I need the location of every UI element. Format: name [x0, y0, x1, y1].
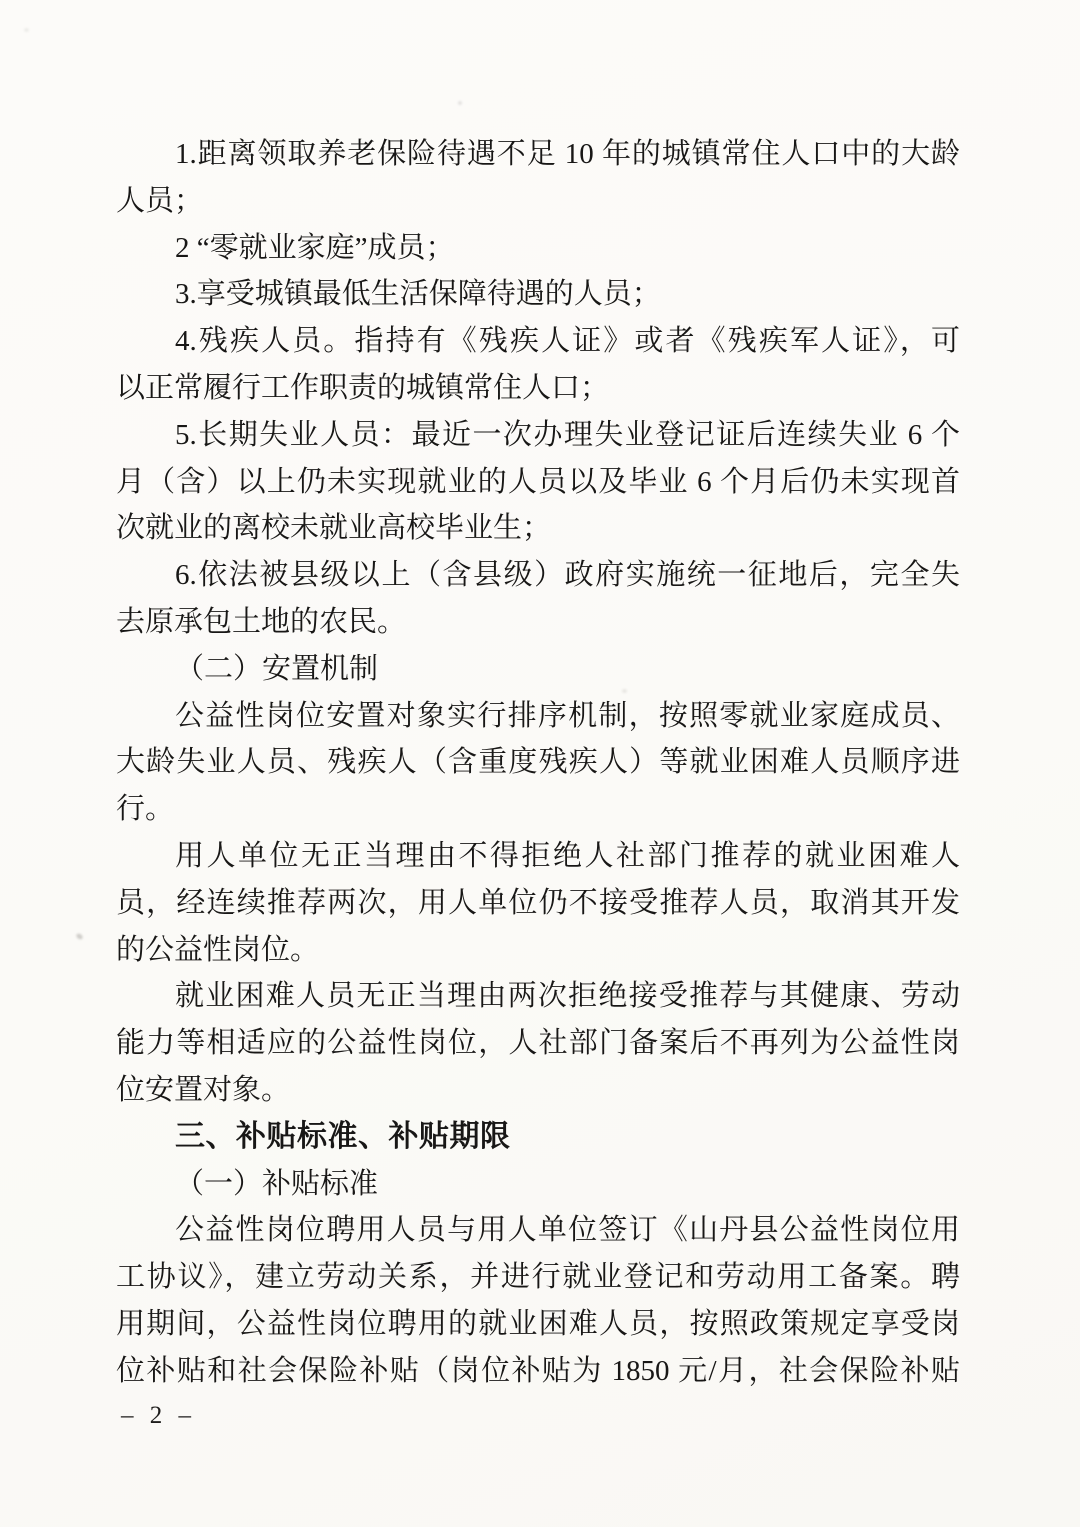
- document-line: 大龄失业人员、残疾人（含重度残疾人）等就业困难人员顺序进: [116, 739, 960, 786]
- document-line: 5.长期失业人员：最近一次办理失业登记证后连续失业 6 个: [116, 412, 960, 459]
- document-line: 的公益性岗位。: [116, 927, 960, 974]
- section-heading-line: 三、补贴标准、补贴期限: [116, 1114, 960, 1161]
- document-line: （一）补贴标准: [116, 1161, 960, 1208]
- document-line: 员，经连续推荐两次，用人单位仍不接受推荐人员，取消其开发: [116, 880, 960, 927]
- scan-artifact: [458, 101, 462, 105]
- document-line: 3.享受城镇最低生活保障待遇的人员；: [116, 271, 960, 318]
- document-line: 去原承包土地的农民。: [116, 599, 960, 646]
- document-line: 2 “零就业家庭”成员；: [116, 225, 960, 272]
- document-line: 用期间，公益性岗位聘用的就业困难人员，按照政策规定享受岗: [116, 1301, 960, 1348]
- document-line: 位安置对象。: [116, 1067, 960, 1114]
- document-line: 公益性岗位安置对象实行排序机制，按照零就业家庭成员、: [116, 693, 960, 740]
- document-line: （二）安置机制: [116, 646, 960, 693]
- document-line: 次就业的离校未就业高校毕业生；: [116, 505, 960, 552]
- document-page: 1.距离领取养老保险待遇不足 10 年的城镇常住人口中的大龄人员；2 “零就业家…: [0, 0, 1080, 1527]
- document-line: 6.依法被县级以上（含县级）政府实施统一征地后，完全失: [116, 552, 960, 599]
- document-line: 以正常履行工作职责的城镇常住人口；: [116, 365, 960, 412]
- document-line: 人员；: [116, 178, 960, 225]
- scan-artifact: [24, 28, 29, 32]
- document-line: 行。: [116, 786, 960, 833]
- document-line: 就业困难人员无正当理由两次拒绝接受推荐与其健康、劳动: [116, 973, 960, 1020]
- document-line: 用人单位无正当理由不得拒绝人社部门推荐的就业困难人: [116, 833, 960, 880]
- document-line: 能力等相适应的公益性岗位，人社部门备案后不再列为公益性岗: [116, 1020, 960, 1067]
- document-line: 位补贴和社会保险补贴（岗位补贴为 1850 元/月，社会保险补贴: [116, 1348, 960, 1395]
- document-line: 4.残疾人员。指持有《残疾人证》或者《残疾军人证》，可: [116, 318, 960, 365]
- page-number: – 2 –: [121, 1400, 196, 1432]
- document-line: 1.距离领取养老保险待遇不足 10 年的城镇常住人口中的大龄: [116, 131, 960, 178]
- document-line: 月（含）以上仍未实现就业的人员以及毕业 6 个月后仍未实现首: [116, 459, 960, 506]
- document-line: 工协议》，建立劳动关系，并进行就业登记和劳动用工备案。聘: [116, 1254, 960, 1301]
- scan-artifact: [75, 932, 84, 940]
- document-lines: 1.距离领取养老保险待遇不足 10 年的城镇常住人口中的大龄人员；2 “零就业家…: [116, 131, 960, 1395]
- document-line: 公益性岗位聘用人员与用人单位签订《山丹县公益性岗位用: [116, 1207, 960, 1254]
